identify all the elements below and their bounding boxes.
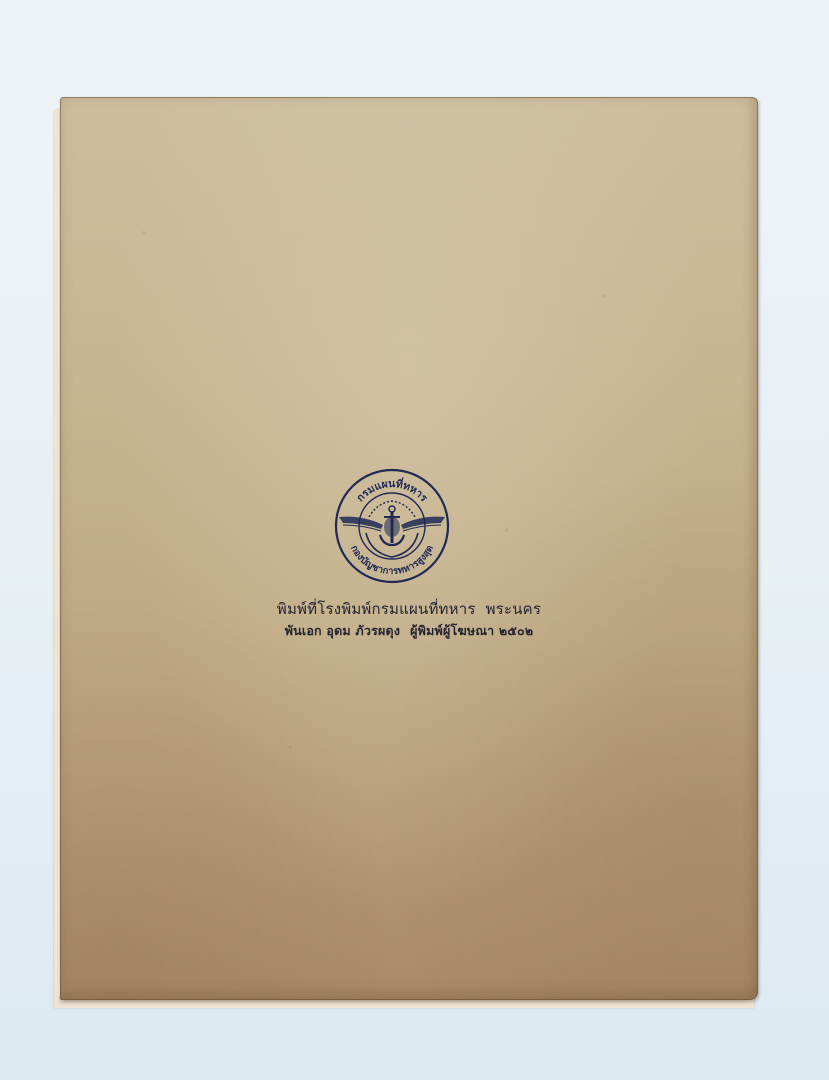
printer-city: พระนคร (486, 600, 542, 618)
publisher-name: อุดม ภัวรผดุง (326, 623, 400, 638)
printer-name: พิมพ์ที่โรงพิมพ์กรมแผนที่ทหาร (277, 600, 476, 618)
publisher-rank: พันเอก (285, 623, 322, 638)
svg-text:กรมแผนที่ทหาร: กรมแผนที่ทหาร (354, 475, 430, 504)
armed-forces-emblem-icon: กรมแผนที่ทหาร กองบัญชาการทหารสูงสุด (333, 467, 451, 585)
imprint-line-publisher: พันเอก อุดม ภัวรผดุงผู้พิมพ์ผู้โฆษณา ๒๕๐… (60, 621, 758, 641)
publisher-role: ผู้พิมพ์ผู้โฆษณา (410, 623, 494, 638)
imprint-line-printer: พิมพ์ที่โรงพิมพ์กรมแผนที่ทหารพระนคร (60, 597, 758, 621)
publication-year: ๒๕๐๒ (499, 623, 533, 638)
book-back-cover: กรมแผนที่ทหาร กองบัญชาการทหารสูงสุด พิมพ… (60, 97, 758, 1000)
